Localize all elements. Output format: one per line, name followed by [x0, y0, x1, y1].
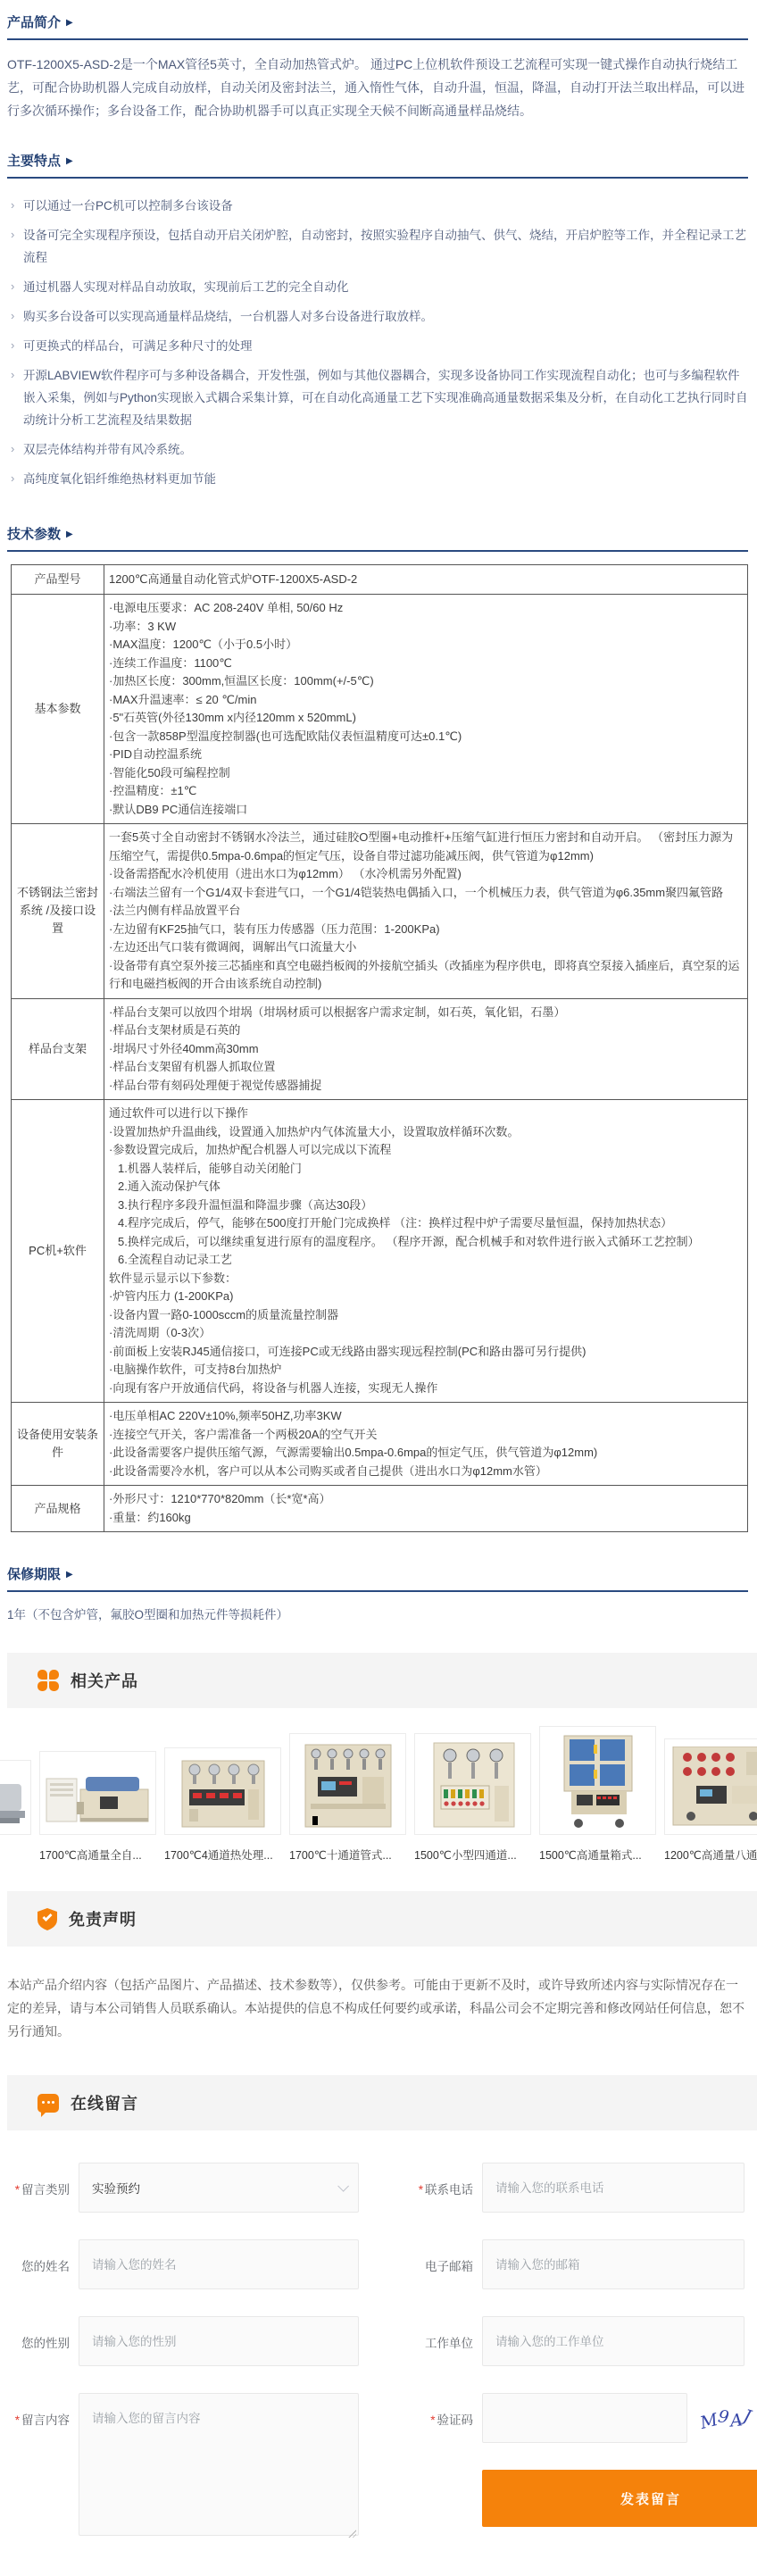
section-warranty: 保修期限 ▶ 1年（不包含炉管，氟胶O型圈和加热元件等损耗件）: [7, 1559, 748, 1622]
category-selected-value: 实验预约: [92, 2179, 140, 2197]
related-product-card[interactable]: 1500℃小型四通道...: [414, 1733, 531, 1863]
section-title-features: 主要特点 ▶: [7, 146, 748, 177]
product-image: [170, 1755, 277, 1830]
captcha-label: *验证码: [405, 2393, 473, 2428]
warranty-text: 1年（不包含炉管，氟胶O型圈和加热元件等损耗件）: [7, 1605, 748, 1622]
spec-line: ·法兰内侧有样品放置平台: [109, 902, 742, 921]
spec-line: ·智能化50段可编程控制: [109, 764, 742, 783]
spec-row-value: 通过软件可以进行以下操作·设置加热炉升温曲线，设置通入加热炉内气体流量大小，设置…: [104, 1100, 748, 1403]
spec-line: ·炉管内压力 (1-200KPa): [109, 1288, 742, 1306]
spec-line: ·功率：3 KW: [109, 618, 742, 637]
spec-row-label: 设备使用安装条件: [12, 1403, 104, 1486]
form-right-column: *联系电话 电子邮箱 工作单位 *验证码 M9AJ: [405, 2163, 745, 2567]
email-input[interactable]: [482, 2239, 745, 2289]
section-intro: 产品简介 ▶ OTF-1200X5-ASD-2是一个MAX管径5英寸，全自动加热…: [7, 7, 748, 122]
section-title-specs: 技术参数 ▶: [7, 519, 748, 550]
spec-line: 4.程序完成后，停气，能够在500度打开舱门完成换样 （注：换样过程中炉子需要尽…: [109, 1214, 742, 1233]
product-name[interactable]: 1700℃高通量全自...: [39, 1847, 156, 1863]
disclaimer-title: 免责声明: [69, 1907, 137, 1930]
phone-input[interactable]: [482, 2163, 745, 2213]
spec-row-label: PC机+软件: [12, 1100, 104, 1403]
chat-bubble-icon: [37, 2094, 59, 2113]
spec-line: ·参数设置完成后，加热炉配合机器人可以完成以下流程: [109, 1141, 742, 1160]
spec-row: 设备使用安装条件·电压单相AC 220V±10%,频率50HZ,功率3KW·连接…: [12, 1403, 748, 1486]
flower-icon: [37, 1670, 59, 1691]
spec-line: ·MAX温度：1200℃（小于0.5小时）: [109, 636, 742, 654]
spec-line: 软件显示显示以下参数：: [109, 1270, 742, 1288]
spec-row-value: ·外形尺寸：1210*770*820mm（长*宽*高）·重量：约160kg: [104, 1486, 748, 1532]
required-asterisk: *: [430, 2413, 435, 2427]
related-product-card[interactable]: 1700℃十通道管式...: [289, 1733, 406, 1863]
product-image: [295, 1741, 402, 1830]
intro-title-text: 产品简介: [7, 13, 61, 31]
name-input[interactable]: [79, 2239, 359, 2289]
product-detail-page: 产品简介 ▶ OTF-1200X5-ASD-2是一个MAX管径5英寸，全自动加热…: [0, 0, 757, 2567]
spec-row-value: ·电源电压要求：AC 208-240V 单相, 50/60 Hz·功率：3 KW…: [104, 595, 748, 824]
product-image-box: [39, 1751, 156, 1835]
related-product-card[interactable]: 1200℃高通量八通道: [664, 1738, 757, 1863]
product-image: [545, 1734, 652, 1830]
product-image: [0, 1768, 27, 1830]
gender-label: 您的性别: [2, 2316, 70, 2351]
message-content-textarea[interactable]: [79, 2393, 359, 2536]
spec-line: 2.通入流动保护气体: [109, 1178, 742, 1196]
specs-table: 产品型号1200℃高通量自动化管式炉OTF-1200X5-ASD-2基本参数·电…: [11, 564, 748, 1532]
spec-row-label: 产品型号: [12, 565, 104, 595]
spec-line: ·左边还出气口装有微调阀，调解出气口流量大小: [109, 938, 742, 957]
product-image: [45, 1759, 152, 1830]
section-divider: [7, 550, 748, 552]
spec-line: ·向现有客户开放通信代码，将设备与机器人连接，实现无人操作: [109, 1380, 742, 1398]
product-name[interactable]: 1500℃小型四通道...: [414, 1847, 531, 1863]
spec-row-label: 基本参数: [12, 595, 104, 824]
spec-line: ·样品台支架可以放四个坩埚（坩埚材质可以根据客户需求定制，如石英，氧化铝，石墨）: [109, 1004, 742, 1022]
spec-line: 6.全流程自动记录工艺: [109, 1251, 742, 1270]
content-label: *留言内容: [2, 2393, 70, 2428]
spec-line: 5.换样完成后，可以继续重复进行原有的温度程序。 （程序开源，配合机械手和对软件…: [109, 1233, 742, 1252]
product-name[interactable]: 1700℃十通道管式...: [289, 1847, 406, 1863]
triangle-right-icon: ▶: [66, 156, 73, 166]
spec-line: ·MAX升温速率：≤ 20 ℃/min: [109, 691, 742, 710]
spec-line: ·前面板上安装RJ45通信接口，可连接PC或无线路由器实现远程控制(PC和路由器…: [109, 1343, 742, 1362]
spec-line: ·设备带有真空泵外接三芯插座和真空电磁挡板阀的外接航空插头（改插座为程序供电，即…: [109, 957, 742, 994]
spec-line: ·坩埚尺寸外径40mm高30mm: [109, 1040, 742, 1059]
spec-line: 1.机器人装样后，能够自动关闭舱门: [109, 1160, 742, 1179]
spec-row-label: 产品规格: [12, 1486, 104, 1532]
message-category-select[interactable]: 实验预约: [79, 2163, 359, 2213]
spec-line: ·PID自动控温系统: [109, 746, 742, 764]
spec-line: 通过软件可以进行以下操作: [109, 1105, 742, 1123]
related-products-header: 相关产品: [7, 1653, 757, 1708]
spec-line: ·样品台支架材质是石英的: [109, 1021, 742, 1040]
product-name[interactable]: 泵...: [0, 1847, 31, 1863]
section-specs: 技术参数 ▶ 产品型号1200℃高通量自动化管式炉OTF-1200X5-ASD-…: [7, 519, 748, 1532]
spec-line: ·外形尺寸：1210*770*820mm（长*宽*高）: [109, 1490, 742, 1509]
spec-line: ·设置加热炉升温曲线，设置通入加热炉内气体流量大小，设置取放样循环次数。: [109, 1123, 742, 1142]
required-asterisk: *: [15, 2413, 20, 2427]
section-divider: [7, 38, 748, 40]
spec-line: ·清洗周期（0-3次）: [109, 1324, 742, 1343]
spec-row-label: 不锈钢法兰密封系统 /及接口设置: [12, 824, 104, 999]
spec-line: ·右端法兰留有一个G1/4双卡套进气口，一个G1/4铠装热电偶插入口，一个机械压…: [109, 884, 742, 903]
spec-row-value: ·样品台支架可以放四个坩埚（坩埚材质可以根据客户需求定制，如石英，氧化铝，石墨）…: [104, 998, 748, 1100]
spec-row: 样品台支架·样品台支架可以放四个坩埚（坩埚材质可以根据客户需求定制，如石英，氧化…: [12, 998, 748, 1100]
chevron-down-icon: [337, 2180, 349, 2192]
spec-row: 不锈钢法兰密封系统 /及接口设置一套5英寸全自动密封不锈钢水冷法兰，通过硅胶O型…: [12, 824, 748, 999]
required-asterisk: *: [15, 2183, 20, 2197]
spec-line: ·此设备需要冷水机，客户可以从本公司购买或者自己提供（进出水口为φ12mm水管）: [109, 1463, 742, 1481]
spec-line: ·样品台支架留有机器人抓取位置: [109, 1058, 742, 1077]
spec-line: ·默认DB9 PC通信连接端口: [109, 801, 742, 820]
disclaimer-text: 本站产品介绍内容（包括产品图片、产品描述、技术参数等），仅供参考。可能由于更新不…: [7, 1973, 748, 2043]
captcha-image[interactable]: M9AJ: [700, 2406, 750, 2430]
triangle-right-icon: ▶: [66, 18, 73, 28]
message-form: *留言类别 实验预约 您的姓名 您的性别: [0, 2130, 757, 2567]
email-label: 电子邮箱: [405, 2239, 473, 2274]
triangle-right-icon: ▶: [66, 1570, 73, 1580]
related-products-carousel: 泵...1700℃高通量全自...1700℃4通道热处理...1700℃十通道管…: [0, 1708, 757, 1868]
related-products-title: 相关产品: [71, 1669, 138, 1692]
feature-item: 双层壳体结构并带有风冷系统。: [7, 435, 748, 464]
spec-line: ·连续工作温度：1100℃: [109, 654, 742, 673]
name-label: 您的姓名: [2, 2239, 70, 2274]
category-label: *留言类别: [2, 2163, 70, 2197]
feature-item: 设备可完全实现程序预设，包括自动开启关闭炉腔，自动密封，按照实验程序自动抽气、供…: [7, 221, 748, 272]
spec-line: 1200℃高通量自动化管式炉OTF-1200X5-ASD-2: [109, 571, 742, 589]
form-left-column: *留言类别 实验预约 您的姓名 您的性别: [2, 2163, 359, 2567]
message-header: 在线留言: [7, 2075, 757, 2130]
intro-paragraph: OTF-1200X5-ASD-2是一个MAX管径5英寸，全自动加热管式炉。 通过…: [7, 53, 748, 122]
feature-item: 可以通过一台PC机可以控制多台该设备: [7, 191, 748, 221]
spec-row-value: 1200℃高通量自动化管式炉OTF-1200X5-ASD-2: [104, 565, 748, 595]
section-divider: [7, 1590, 748, 1592]
feature-item: 可更换式的样品台，可满足多种尺寸的处理: [7, 331, 748, 361]
required-asterisk: *: [419, 2183, 423, 2197]
spec-line: ·加热区长度：300mm,恒温区长度：100mm(+/-5℃): [109, 672, 742, 691]
specs-title-text: 技术参数: [7, 524, 61, 543]
spec-line: ·连接空气开关，客户需准备一个两极20A的空气开关: [109, 1426, 742, 1445]
section-title-intro: 产品简介 ▶: [7, 7, 748, 38]
product-image: [420, 1741, 527, 1830]
product-image-box: [414, 1733, 531, 1835]
product-name[interactable]: 1700℃4通道热处理...: [164, 1847, 281, 1863]
spec-line: ·此设备需要客户提供压缩气源，气源需要输出0.5mpa-0.6mpa的恒定气压，…: [109, 1444, 742, 1463]
product-image-box: [164, 1747, 281, 1835]
spec-row: 基本参数·电源电压要求：AC 208-240V 单相, 50/60 Hz·功率：…: [12, 595, 748, 824]
shield-icon: [37, 1908, 57, 1930]
section-divider: [7, 177, 748, 179]
warranty-title-text: 保修期限: [7, 1564, 61, 1583]
message-title: 在线留言: [71, 2091, 138, 2114]
gender-input[interactable]: [79, 2316, 359, 2366]
spec-row: 产品型号1200℃高通量自动化管式炉OTF-1200X5-ASD-2: [12, 565, 748, 595]
feature-item: 购买多台设备可以实现高通量样品烧结，一台机器人对多台设备进行取放样。: [7, 302, 748, 331]
product-image-box: [289, 1733, 406, 1835]
spec-line: ·设备需搭配水冷机使用（进出水口为φ12mm） （水冷机需另外配置): [109, 865, 742, 884]
related-product-card[interactable]: 1700℃高通量全自...: [39, 1751, 156, 1863]
spec-line: ·控温精度：±1℃: [109, 782, 742, 801]
related-product-card[interactable]: 泵...: [0, 1760, 31, 1863]
feature-item: 开源LABVIEW软件程序可与多种设备耦合，开发性强，例如与其他仪器耦合，实现多…: [7, 361, 748, 435]
related-product-card[interactable]: 1500℃高通量箱式...: [539, 1726, 656, 1863]
spec-line: ·重量：约160kg: [109, 1509, 742, 1528]
spec-line: ·包含一款858P型温度控制器(也可选配欧陆仪表恒温精度可达±0.1℃): [109, 728, 742, 746]
spec-row: PC机+软件通过软件可以进行以下操作·设置加热炉升温曲线，设置通入加热炉内气体流…: [12, 1100, 748, 1403]
features-list: 可以通过一台PC机可以控制多台该设备设备可完全实现程序预设，包括自动开启关闭炉腔…: [7, 191, 748, 494]
product-name[interactable]: 1500℃高通量箱式...: [539, 1847, 656, 1863]
related-product-card[interactable]: 1700℃4通道热处理...: [164, 1747, 281, 1863]
product-image-box: [0, 1760, 31, 1835]
phone-label: *联系电话: [405, 2163, 473, 2197]
spec-line: ·5"石英管(外径130mm x内径120mm x 520mmL): [109, 709, 742, 728]
spec-line: 3.执行程序多段升温恒温和降温步骤（高达30段）: [109, 1196, 742, 1215]
spec-line: ·电压单相AC 220V±10%,频率50HZ,功率3KW: [109, 1407, 742, 1426]
spec-row: 产品规格·外形尺寸：1210*770*820mm（长*宽*高）·重量：约160k…: [12, 1486, 748, 1532]
spec-row-value: 一套5英寸全自动密封不锈钢水冷法兰，通过硅胶O型圈+电动推杆+压缩气缸进行恒压力…: [104, 824, 748, 999]
company-label: 工作单位: [405, 2316, 473, 2351]
spec-row-label: 样品台支架: [12, 998, 104, 1100]
disclaimer-header: 免责声明: [7, 1891, 757, 1947]
feature-item: 高纯度氧化铝纤维绝热材料更加节能: [7, 464, 748, 494]
spec-line: ·左边留有KF25抽气口，装有压力传感器（压力范围：1-200KPa): [109, 921, 742, 939]
captcha-input[interactable]: [482, 2393, 687, 2443]
product-image-box: [664, 1738, 757, 1835]
company-input[interactable]: [482, 2316, 745, 2366]
feature-item: 通过机器人实现对样品自动放取，实现前后工艺的完全自动化: [7, 272, 748, 302]
carousel-track[interactable]: 泵...1700℃高通量全自...1700℃4通道热处理...1700℃十通道管…: [0, 1708, 757, 1868]
spec-line: ·设备内置一路0-1000sccm的质量流量控制器: [109, 1306, 742, 1325]
section-features: 主要特点 ▶ 可以通过一台PC机可以控制多台该设备设备可完全实现程序预设，包括自…: [7, 146, 748, 494]
submit-message-button[interactable]: 发表留言: [482, 2470, 757, 2527]
spec-line: ·电脑操作软件，可支持8台加热炉: [109, 1361, 742, 1380]
triangle-right-icon: ▶: [66, 529, 73, 539]
product-image: [670, 1747, 757, 1830]
spec-line: ·样品台带有刻码处理便于视觉传感器捕捉: [109, 1077, 742, 1096]
spec-line: ·电源电压要求：AC 208-240V 单相, 50/60 Hz: [109, 599, 742, 618]
spec-line: 一套5英寸全自动密封不锈钢水冷法兰，通过硅胶O型圈+电动推杆+压缩气缸进行恒压力…: [109, 829, 742, 865]
product-image-box: [539, 1726, 656, 1835]
product-name[interactable]: 1200℃高通量八通道: [664, 1847, 757, 1863]
section-title-warranty: 保修期限 ▶: [7, 1559, 748, 1590]
spec-row-value: ·电压单相AC 220V±10%,频率50HZ,功率3KW·连接空气开关，客户需…: [104, 1403, 748, 1486]
features-title-text: 主要特点: [7, 151, 61, 170]
